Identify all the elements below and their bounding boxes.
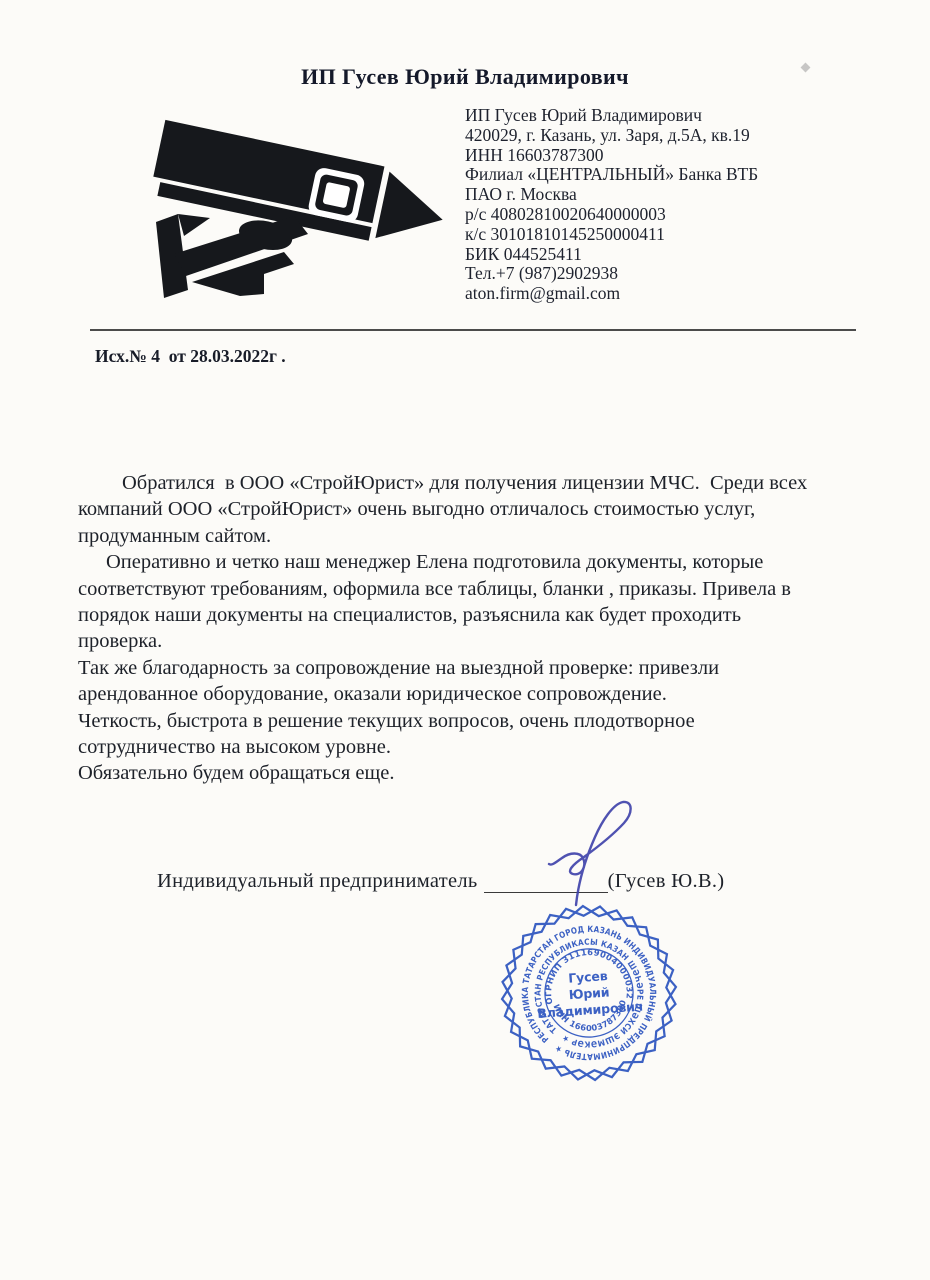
letterhead-line: БИК 044525411 (465, 245, 865, 265)
letterhead-line: Филиал «ЦЕНТРАЛЬНЫЙ» Банка ВТБ (465, 165, 865, 185)
letterhead-line: к/с 30101810145250000411 (465, 225, 865, 245)
signature-path (549, 802, 631, 905)
body-line: соответствуют требованиям, оформила все … (78, 576, 878, 602)
letterhead-details: ИП Гусев Юрий Владимирович 420029, г. Ка… (465, 106, 865, 304)
letterhead-email: aton.firm@gmail.com (465, 284, 865, 304)
bracket-joint (178, 214, 210, 236)
header-divider (90, 329, 856, 331)
stamp-name-line: Юрий (568, 984, 610, 1002)
letterhead-line: ИП Гусев Юрий Владимирович (465, 106, 865, 126)
signatory-title: Индивидуальный предприниматель (157, 870, 478, 893)
body-line: Так же благодарность за сопровождение на… (78, 655, 878, 681)
body-line: компаний ООО «СтройЮрист» очень выгодно … (78, 496, 878, 522)
cctv-camera-icon (122, 106, 452, 311)
scanned-letter-page: ИП Гусев Юрий Владимирович (0, 0, 930, 1280)
letterhead-line: 420029, г. Казань, ул. Заря, д.5А, кв.19 (465, 126, 865, 146)
body-line: сотрудничество на высоком уровне. (78, 734, 878, 760)
body-line: проверка. (78, 628, 878, 654)
body-line: Обязательно будем обращаться еще. (78, 760, 878, 786)
letterhead-line: р/с 40802810020640000003 (465, 205, 865, 225)
letter-body: Обратился в ООО «СтройЮрист» для получен… (78, 470, 878, 787)
body-line: арендованное оборудование, оказали юриди… (78, 681, 878, 707)
letterhead-line: ПАО г. Москва (465, 185, 865, 205)
camera-bracket-group (156, 214, 308, 298)
sunshade-wing (375, 172, 450, 251)
body-line: продуманным сайтом. (78, 523, 878, 549)
stamp-seal-icon: РЕСПУБЛИКА ТАТАРСТАН ГОРОД КАЗАНЬ ИНДИВИ… (491, 895, 687, 1091)
reference-number: Исх.№ 4 от 28.03.2022г . (95, 346, 286, 367)
stamp-name-line: Гусев (568, 968, 608, 986)
body-line: Обратился в ООО «СтройЮрист» для получен… (78, 470, 878, 496)
body-line: Оперативно и четко наш менеджер Елена по… (78, 549, 878, 575)
body-line: Четкость, быстрота в решение текущих воп… (78, 708, 878, 734)
letterhead-line: Тел.+7 (987)2902938 (465, 264, 865, 284)
letterhead-line: ИНН 16603787300 (465, 146, 865, 166)
signature-stroke-icon (542, 792, 648, 910)
handwritten-signature (542, 792, 648, 910)
body-line: порядок наши документы на специалистов, … (78, 602, 878, 628)
stamp-seal: РЕСПУБЛИКА ТАТАРСТАН ГОРОД КАЗАНЬ ИНДИВИ… (491, 895, 687, 1091)
page-title: ИП Гусев Юрий Владимирович (0, 64, 930, 90)
company-logo (122, 106, 452, 311)
